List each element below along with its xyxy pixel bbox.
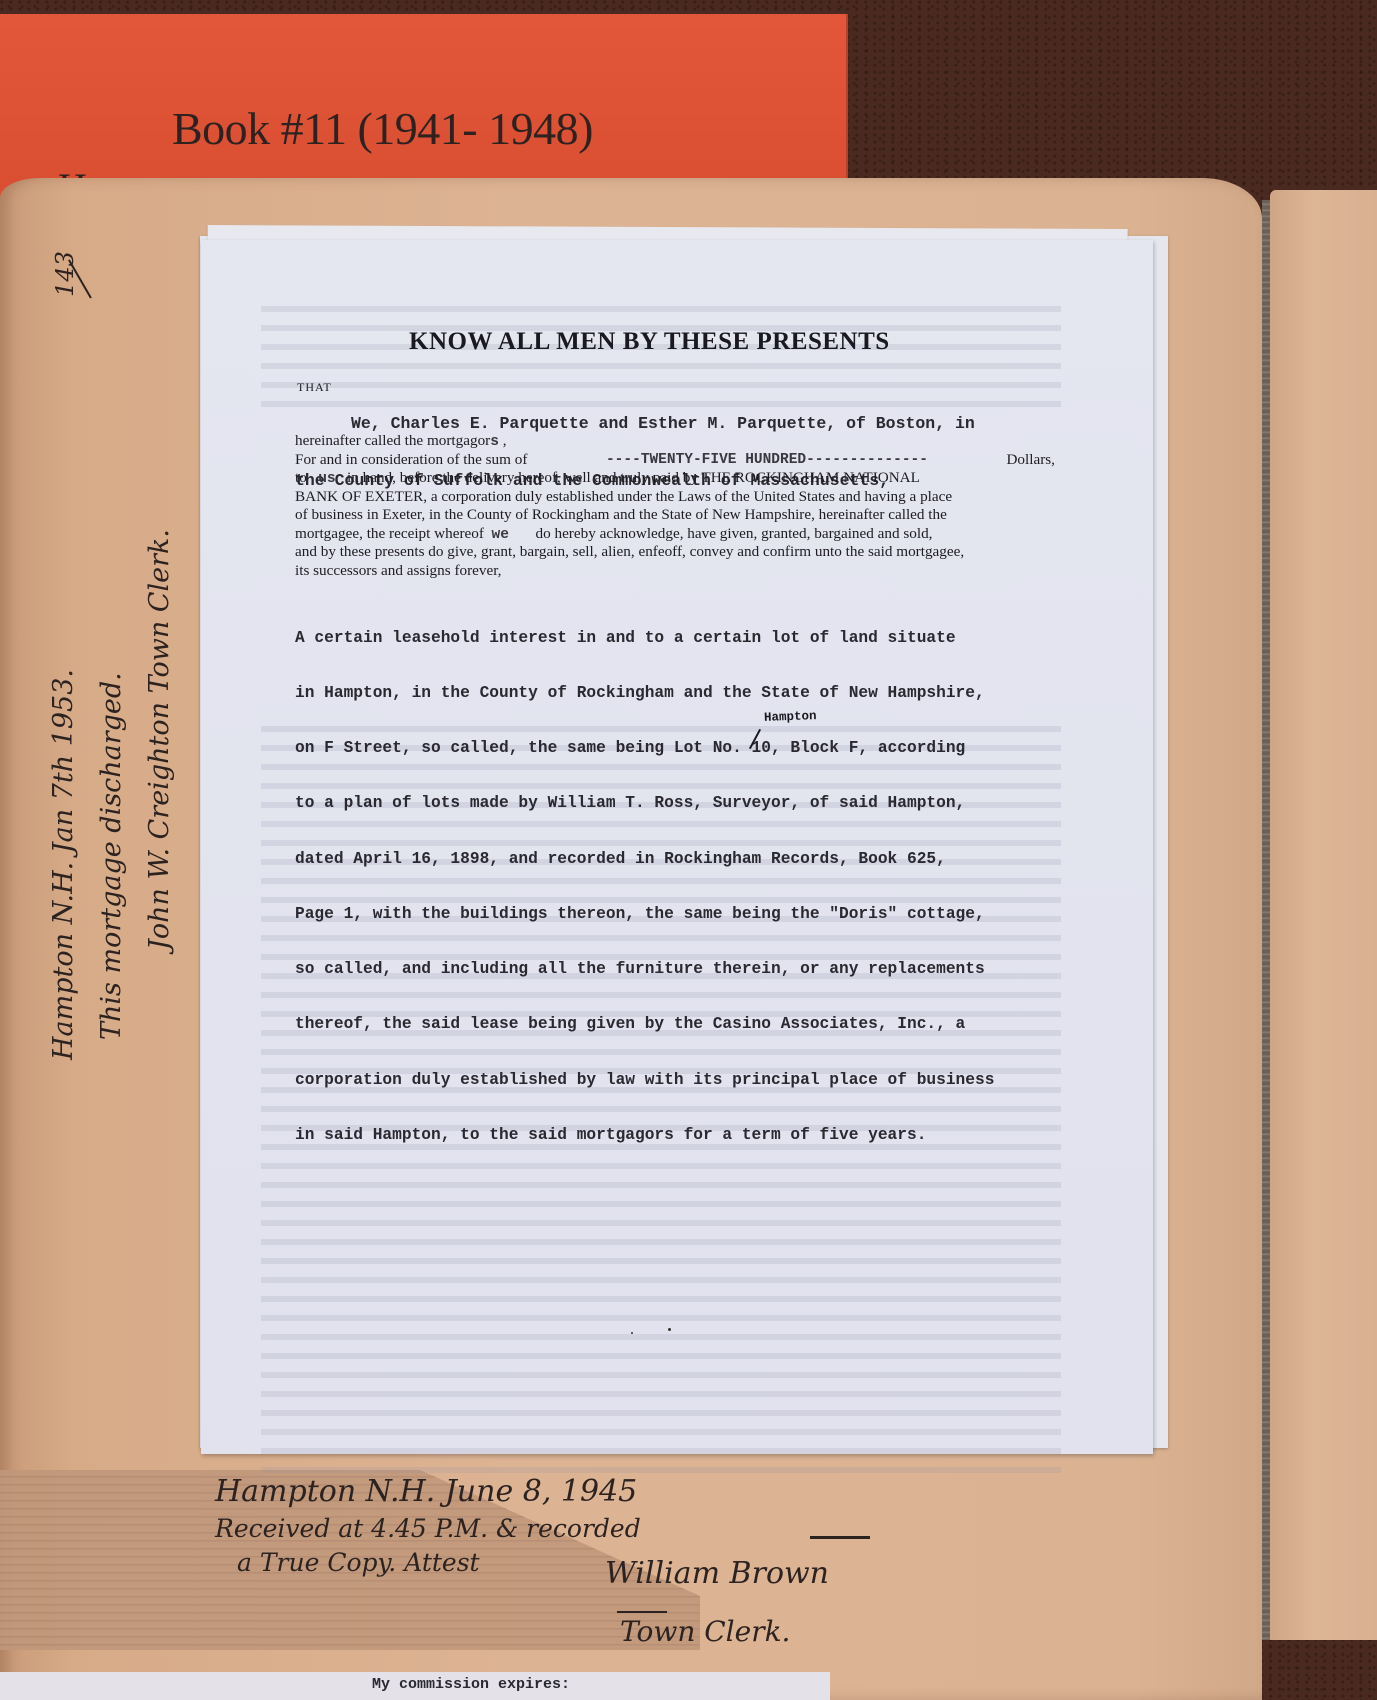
book-spine-stitching [1262, 200, 1270, 1640]
parties-line-1: We, Charles E. Parquette and Esther M. P… [351, 414, 1151, 433]
clerk-title: Town Clerk. [620, 1615, 790, 1648]
mortgage-deed: KNOW ALL MEN BY THESE PRESENTS That We, … [201, 240, 1153, 1454]
body-line: and by these presents do give, grant, ba… [295, 543, 1095, 562]
recorded-flourish [810, 1536, 870, 1539]
property-line: A certain leasehold interest in and to a… [295, 629, 1115, 647]
recording-line-1: Hampton N.H. June 8, 1945 [215, 1472, 641, 1512]
margin-note-line-2: This mortgage discharged. [88, 529, 136, 1060]
book-cover-title: Book #11 (1941- 1948) [172, 102, 593, 155]
inserted-word: Hampton [764, 709, 817, 725]
recording-line-3: a True Copy. Attest [215, 1546, 641, 1580]
property-line: to a plan of lots made by William T. Ros… [295, 794, 1115, 812]
property-description: A certain leasehold interest in and to a… [295, 592, 1115, 1181]
property-line: so called, and including all the furnitu… [295, 960, 1115, 978]
body-line: mortgagee, the receipt whereof we do her… [295, 525, 1095, 544]
paper-speck [668, 1328, 671, 1331]
body-line: of business in Exeter, in the County of … [295, 506, 1095, 525]
body-line: to us in hand, before the delivery hereo… [295, 469, 1095, 488]
property-line: in Hampton, in the County of Rockingham … [295, 684, 1115, 702]
property-line: thereof, the said lease being given by t… [295, 1015, 1115, 1033]
mortgagor-line: hereinafter called the mortgagors , [295, 432, 1095, 451]
body-line: its successors and assigns forever, [295, 562, 1095, 581]
consideration-amount: ----TWENTY-FIVE HUNDRED-------------- [606, 451, 928, 470]
commission-expires-text: My commission expires: [372, 1676, 570, 1693]
body-line: BANK OF EXETER, a corporation duly estab… [295, 488, 1095, 507]
property-line: in said Hampton, to the said mortgagors … [295, 1126, 1115, 1144]
page-number: 143 [51, 251, 79, 297]
property-line: corporation duly established by law with… [295, 1071, 1115, 1089]
margin-note-line-3: John W. Creighton Town Clerk. [136, 529, 184, 1060]
paper-speck [631, 1332, 633, 1334]
ledger-right-page [1270, 190, 1377, 1640]
consideration-line: For and in consideration of the sum of -… [295, 451, 1055, 470]
deed-boilerplate: hereinafter called the mortgagors , For … [295, 432, 1095, 580]
property-line: on F Street, so called, the same being L… [295, 739, 1115, 757]
recording-note: Hampton N.H. June 8, 1945 Received at 4.… [215, 1472, 641, 1580]
margin-note-line-1: Hampton N.H. Jan 7th 1953. [40, 529, 88, 1060]
that-label: That [297, 380, 332, 395]
signature-underline [617, 1611, 667, 1613]
recording-line-2: Received at 4.45 P.M. & recorded [215, 1512, 641, 1546]
discharge-margin-note: Hampton N.H. Jan 7th 1953. This mortgage… [40, 529, 184, 1060]
property-line: dated April 16, 1898, and recorded in Ro… [295, 850, 1115, 868]
deed-heading: KNOW ALL MEN BY THESE PRESENTS [409, 328, 909, 356]
property-line: Page 1, with the buildings thereon, the … [295, 905, 1115, 923]
clerk-signature: William Brown [605, 1556, 829, 1591]
